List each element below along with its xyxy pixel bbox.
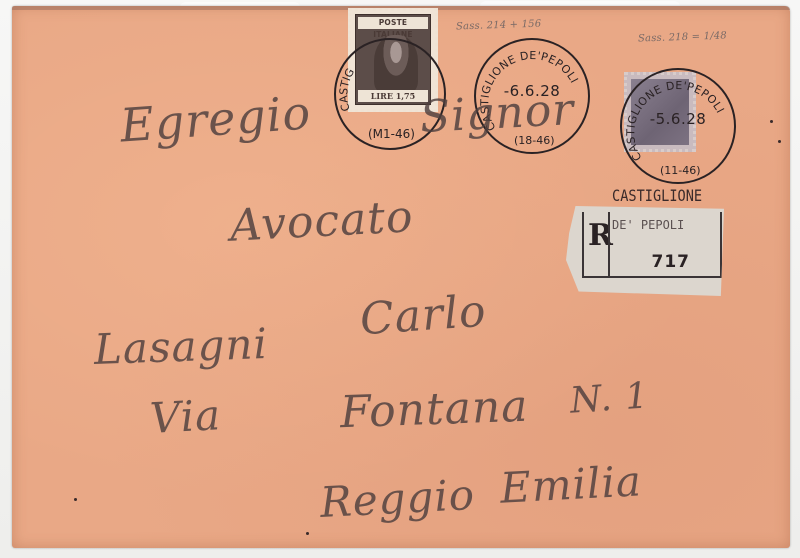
stamp-country-label: POSTE ITALIANE [358,17,428,29]
registration-office: DE' PEPOLI [612,218,684,232]
handwriting-house-number: N. 1 [569,375,651,421]
handwriting-street-prefix: Via [149,390,223,443]
registration-divider [608,212,610,276]
svg-text:(11-46): (11-46) [660,164,701,177]
svg-text:CASTIG: CASTIG [337,66,357,113]
handwriting-city: Reggio [319,470,476,527]
postmark-3: CASTIGLIONE DE'PEPOLI (11-46) -5.6.28 [620,68,736,184]
handwriting-first-name: Carlo [358,286,488,346]
handwriting-street: Fontana [339,381,529,439]
postmark-date: -5.6.28 [622,110,734,128]
svg-text:(M1-46): (M1-46) [368,127,415,141]
registration-label: R DE' PEPOLI 717 [566,206,724,296]
handwriting-surname: Lasagni [93,319,269,374]
paper-speck [778,140,781,143]
handwriting-title: Avocato [229,191,415,252]
paper-speck [306,532,309,535]
registration-number: 717 [652,252,691,272]
registration-label-frame: R DE' PEPOLI 717 [582,212,722,278]
handwriting-salutation-2: Signor [419,84,576,143]
linear-town-cancel: CASTIGLIONE [612,186,702,205]
paper-speck [74,498,77,501]
handwriting-city-2: Emilia [499,456,643,512]
paper-speck [770,120,773,123]
